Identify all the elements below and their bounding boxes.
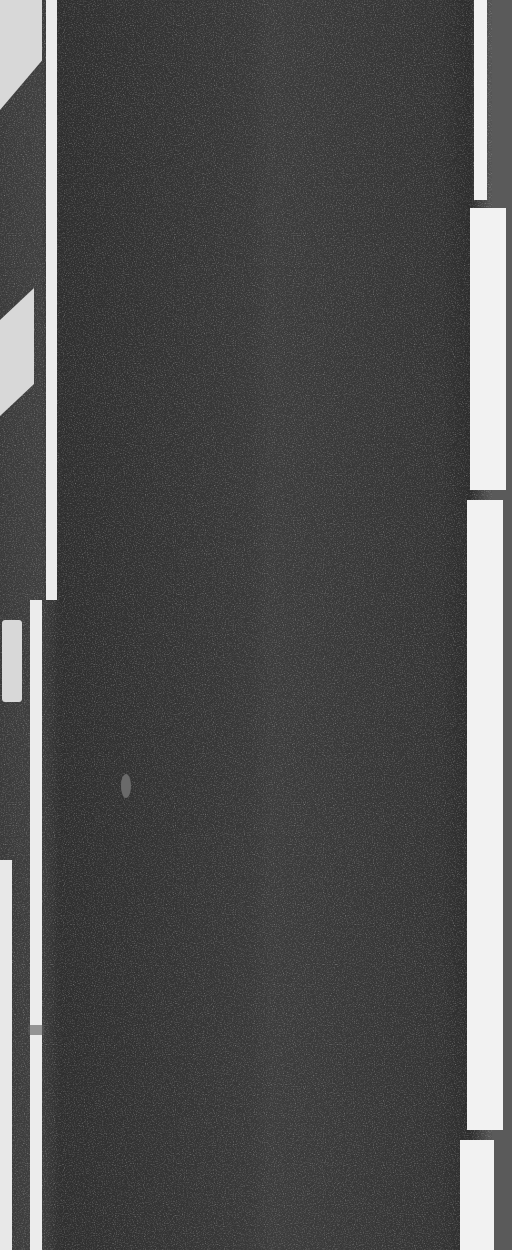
road-photo xyxy=(0,0,512,1250)
crack xyxy=(28,1025,44,1035)
edge-dash xyxy=(470,208,506,490)
edge-dash xyxy=(460,1140,494,1250)
hatch-marking xyxy=(2,620,22,702)
lane-line xyxy=(30,600,42,1250)
lane-line xyxy=(46,0,57,600)
edge-line xyxy=(0,860,12,1250)
edge-dash xyxy=(467,500,503,1130)
asphalt-texture xyxy=(0,0,512,1250)
edge-dash xyxy=(474,0,487,200)
pothole xyxy=(121,774,131,798)
